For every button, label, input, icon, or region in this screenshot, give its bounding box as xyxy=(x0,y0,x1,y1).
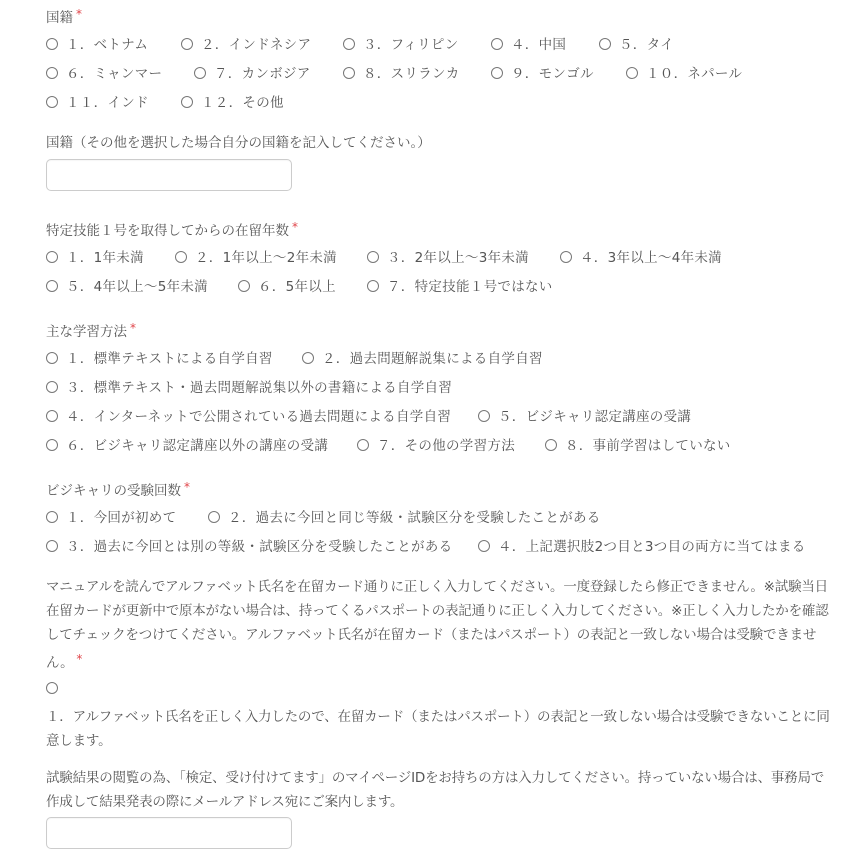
radio-circle-icon[interactable] xyxy=(46,67,58,79)
required-mark: * xyxy=(292,220,298,234)
radio-circle-icon[interactable] xyxy=(194,67,206,79)
radio-circle-icon[interactable] xyxy=(46,682,58,694)
radio-circle-icon[interactable] xyxy=(343,38,355,50)
option-label: ５．タイ xyxy=(619,33,674,53)
radio-option-agree[interactable] xyxy=(46,682,58,694)
option-label: ８．スリランカ xyxy=(363,62,460,82)
option-label: ６．ミャンマー xyxy=(66,62,162,82)
option-label: ７．その他の学習方法 xyxy=(377,434,515,454)
option-row: ３．過去に今回とは別の等級・試験区分を受験したことがある ４．上記選択肢2つ目と… xyxy=(46,530,836,559)
radio-circle-icon[interactable] xyxy=(367,251,379,263)
radio-option-1-to-2-years[interactable]: ２．1年以上～2年未満 xyxy=(175,241,337,270)
question-label: 主な学習方法* xyxy=(46,318,836,342)
question-study-method: 主な学習方法* １．標準テキストによる自学自習 ２．過去問題解説集による自学自習… xyxy=(46,318,836,458)
question-label: ビジキャリの受験回数* xyxy=(46,477,836,501)
option-label: ３．標準テキスト・過去問題解説集以外の書籍による自学自習 xyxy=(66,376,452,396)
radio-option-india[interactable]: １１．インド xyxy=(46,86,149,115)
question-name-confirm: マニュアルを読んでアルファベット氏名を在留カード通りに正しく入力してください。一… xyxy=(46,575,836,753)
radio-circle-icon[interactable] xyxy=(46,38,58,50)
option-label: ６．5年以上 xyxy=(258,275,336,295)
agree-option-label: １．アルファベット氏名を正しく入力したので、在留カード（またはパスポート）の表記… xyxy=(46,705,836,753)
question-nationality-other: 国籍（その他を選択した場合自分の国籍を記入してください。） xyxy=(46,133,836,153)
radio-option-standard-text[interactable]: １．標準テキストによる自学自習 xyxy=(46,342,273,371)
radio-circle-icon[interactable] xyxy=(46,410,58,422)
option-label: ６．ビジキャリ認定講座以外の講座の受講 xyxy=(66,434,328,454)
required-mark: * xyxy=(76,7,82,21)
option-label: ３．フィリピン xyxy=(363,33,459,53)
radio-option-different-level[interactable]: ３．過去に今回とは別の等級・試験区分を受験したことがある xyxy=(46,530,452,559)
radio-option-nepal[interactable]: １０．ネパール xyxy=(626,57,742,86)
radio-circle-icon[interactable] xyxy=(46,96,58,108)
radio-option-internet[interactable]: ４．インターネットで公開されている過去問題による自学自習 xyxy=(46,400,451,429)
option-label: １１．インド xyxy=(66,91,149,111)
radio-circle-icon[interactable] xyxy=(181,96,193,108)
radio-option-indonesia[interactable]: ２．インドネシア xyxy=(181,28,311,57)
radio-circle-icon[interactable] xyxy=(491,38,503,50)
option-label: １．1年未満 xyxy=(66,246,144,266)
radio-circle-icon[interactable] xyxy=(208,511,220,523)
option-label: １２．その他 xyxy=(201,91,284,111)
option-row: １１．インド １２．その他 xyxy=(46,86,836,115)
question-label: 特定技能１号を取得してからの在留年数* xyxy=(46,217,836,241)
question-label: 国籍* xyxy=(46,4,836,28)
radio-circle-icon[interactable] xyxy=(46,352,58,364)
name-confirm-label: マニュアルを読んでアルファベット氏名を在留カード通りに正しく入力してください。一… xyxy=(46,579,829,671)
radio-circle-icon[interactable] xyxy=(599,38,611,50)
radio-circle-icon[interactable] xyxy=(181,38,193,50)
option-label: ２．過去に今回と同じ等級・試験区分を受験したことがある xyxy=(228,506,601,526)
radio-option-not-ssw1[interactable]: ７．特定技能１号ではない xyxy=(367,270,553,299)
radio-circle-icon[interactable] xyxy=(491,67,503,79)
radio-circle-icon[interactable] xyxy=(46,439,58,451)
required-mark: * xyxy=(130,321,136,335)
radio-option-philippines[interactable]: ３．フィリピン xyxy=(343,28,459,57)
option-label: ９．モンゴル xyxy=(511,62,594,82)
option-label: ４．上記選択肢2つ目と3つ目の両方に当てはまる xyxy=(498,535,806,555)
radio-circle-icon[interactable] xyxy=(343,67,355,79)
option-row: ６．ミャンマー ７．カンボジア ８．スリランカ ９．モンゴル １０．ネパール xyxy=(46,57,836,86)
option-label: ５．ビジキャリ認定講座の受講 xyxy=(498,405,691,425)
radio-circle-icon[interactable] xyxy=(560,251,572,263)
radio-option-other[interactable]: １２．その他 xyxy=(181,86,284,115)
option-label: ８．事前学習はしていない xyxy=(565,434,731,454)
option-label: ７．カンボジア xyxy=(214,62,311,82)
radio-circle-icon[interactable] xyxy=(46,280,58,292)
radio-circle-icon[interactable] xyxy=(46,540,58,552)
radio-circle-icon[interactable] xyxy=(175,251,187,263)
question-nationality: 国籍* １．ベトナム ２．インドネシア ３．フィリピン ４．中国 ５．タイ ６．… xyxy=(46,4,836,115)
option-row: ６．ビジキャリ認定講座以外の講座の受講 ７．その他の学習方法 ８．事前学習はして… xyxy=(46,429,836,458)
radio-option-vietnam[interactable]: １．ベトナム xyxy=(46,28,148,57)
radio-option-no-study[interactable]: ８．事前学習はしていない xyxy=(545,429,731,458)
radio-option-same-level[interactable]: ２．過去に今回と同じ等級・試験区分を受験したことがある xyxy=(208,501,601,530)
radio-circle-icon[interactable] xyxy=(367,280,379,292)
option-label: １．ベトナム xyxy=(66,33,148,53)
option-row: １．ベトナム ２．インドネシア ３．フィリピン ４．中国 ５．タイ xyxy=(46,28,836,57)
question-exam-count: ビジキャリの受験回数* １．今回が初めて ２．過去に今回と同じ等級・試験区分を受… xyxy=(46,477,836,559)
radio-circle-icon[interactable] xyxy=(238,280,250,292)
option-row: １．1年未満 ２．1年以上～2年未満 ３．2年以上～3年未満 ４．3年以上～4年… xyxy=(46,241,836,270)
radio-option-past-questions[interactable]: ２．過去問題解説集による自学自習 xyxy=(302,342,543,371)
radio-option-3-to-4-years[interactable]: ４．3年以上～4年未満 xyxy=(560,241,722,270)
option-label: ３．2年以上～3年未満 xyxy=(387,246,529,266)
mypage-id-input[interactable] xyxy=(46,817,292,849)
option-row: ５．4年以上～5年未満 ６．5年以上 ７．特定技能１号ではない xyxy=(46,270,836,299)
nationality-label: 国籍 xyxy=(46,10,73,26)
radio-circle-icon[interactable] xyxy=(46,381,58,393)
radio-circle-icon[interactable] xyxy=(357,439,369,451)
required-mark: * xyxy=(76,652,82,666)
exam-count-label: ビジキャリの受験回数 xyxy=(46,483,181,499)
radio-circle-icon[interactable] xyxy=(302,352,314,364)
option-label: ２．過去問題解説集による自学自習 xyxy=(322,347,543,367)
radio-option-china[interactable]: ４．中国 xyxy=(491,28,566,57)
radio-option-2-to-3-years[interactable]: ３．2年以上～3年未満 xyxy=(367,241,529,270)
radio-option-thailand[interactable]: ５．タイ xyxy=(599,28,674,57)
option-label: ４．インターネットで公開されている過去問題による自学自習 xyxy=(66,405,451,425)
required-mark: * xyxy=(184,480,190,494)
option-row: １．標準テキストによる自学自習 ２．過去問題解説集による自学自習 xyxy=(46,342,836,371)
radio-option-4-to-5-years[interactable]: ５．4年以上～5年未満 xyxy=(46,270,208,299)
radio-circle-icon[interactable] xyxy=(478,410,490,422)
question-residence-years: 特定技能１号を取得してからの在留年数* １．1年未満 ２．1年以上～2年未満 ３… xyxy=(46,217,836,299)
nationality-other-label: 国籍（その他を選択した場合自分の国籍を記入してください。） xyxy=(46,133,836,153)
option-label: ４．中国 xyxy=(511,33,566,53)
option-label: ２．インドネシア xyxy=(201,33,311,53)
radio-option-certified-course[interactable]: ５．ビジキャリ認定講座の受講 xyxy=(478,400,691,429)
radio-option-under-1-year[interactable]: １．1年未満 xyxy=(46,241,144,270)
radio-circle-icon[interactable] xyxy=(478,540,490,552)
radio-option-myanmar[interactable]: ６．ミャンマー xyxy=(46,57,162,86)
option-row: ３．標準テキスト・過去問題解説集以外の書籍による自学自習 xyxy=(46,371,836,400)
residence-years-label: 特定技能１号を取得してからの在留年数 xyxy=(46,223,289,239)
radio-option-other-method[interactable]: ７．その他の学習方法 xyxy=(357,429,515,458)
option-label: ５．4年以上～5年未満 xyxy=(66,275,208,295)
option-row: ４．インターネットで公開されている過去問題による自学自習 ５．ビジキャリ認定講座… xyxy=(46,400,836,429)
radio-option-5-plus-years[interactable]: ６．5年以上 xyxy=(238,270,336,299)
radio-option-mongolia[interactable]: ９．モンゴル xyxy=(491,57,594,86)
option-label: ４．3年以上～4年未満 xyxy=(580,246,722,266)
option-label: １．今回が初めて xyxy=(66,506,176,526)
study-method-label: 主な学習方法 xyxy=(46,324,127,340)
question-label: マニュアルを読んでアルファベット氏名を在留カード通りに正しく入力してください。一… xyxy=(46,575,836,675)
radio-option-cambodia[interactable]: ７．カンボジア xyxy=(194,57,311,86)
nationality-other-input[interactable] xyxy=(46,159,292,191)
radio-circle-icon[interactable] xyxy=(46,511,58,523)
mypage-id-label: 試験結果の閲覧の為、「検定、受け付けてます」のマイページIDをお持ちの方は入力し… xyxy=(46,766,836,814)
question-mypage-id: 試験結果の閲覧の為、「検定、受け付けてます」のマイページIDをお持ちの方は入力し… xyxy=(46,766,836,814)
option-label: １．標準テキストによる自学自習 xyxy=(66,347,273,367)
option-label: ３．過去に今回とは別の等級・試験区分を受験したことがある xyxy=(66,535,452,555)
option-row xyxy=(46,675,836,701)
radio-option-first-time[interactable]: １．今回が初めて xyxy=(46,501,176,530)
radio-option-both[interactable]: ４．上記選択肢2つ目と3つ目の両方に当てはまる xyxy=(478,530,806,559)
option-label: １０．ネパール xyxy=(646,62,742,82)
radio-circle-icon[interactable] xyxy=(46,251,58,263)
radio-circle-icon[interactable] xyxy=(545,439,557,451)
radio-option-other-course[interactable]: ６．ビジキャリ認定講座以外の講座の受講 xyxy=(46,429,328,458)
option-label: ７．特定技能１号ではない xyxy=(387,275,553,295)
radio-circle-icon[interactable] xyxy=(626,67,638,79)
option-label: ２．1年以上～2年未満 xyxy=(195,246,337,266)
option-row: １．今回が初めて ２．過去に今回と同じ等級・試験区分を受験したことがある xyxy=(46,501,836,530)
radio-option-sri-lanka[interactable]: ８．スリランカ xyxy=(343,57,460,86)
radio-option-other-books[interactable]: ３．標準テキスト・過去問題解説集以外の書籍による自学自習 xyxy=(46,371,452,400)
